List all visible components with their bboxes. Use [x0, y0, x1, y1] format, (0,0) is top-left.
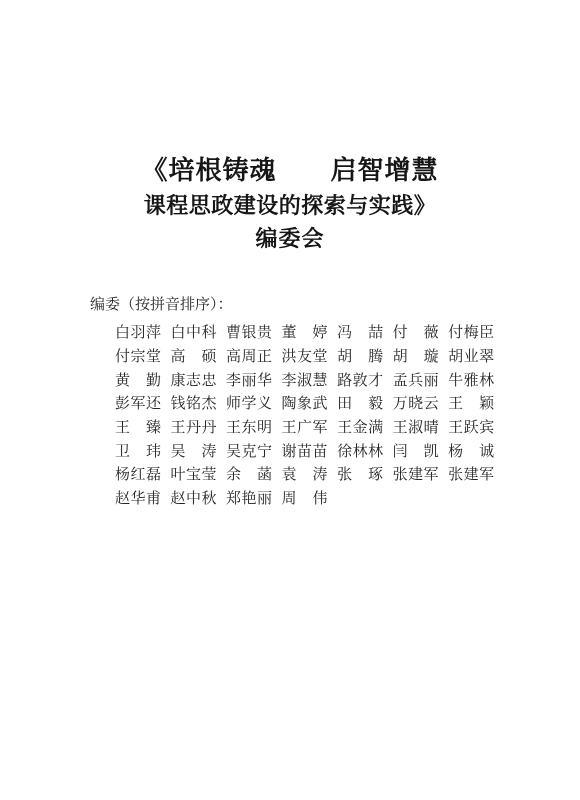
person-name: 付 薇: [393, 321, 440, 342]
person-name: 钱铭杰: [171, 392, 218, 413]
person-name: 李淑慧: [282, 369, 329, 390]
person-name: 袁 涛: [282, 463, 329, 484]
person-name: 董 婷: [282, 321, 329, 342]
person-name: 胡 腾: [337, 345, 384, 366]
roster-row: 付宗堂高 硕高周正洪友堂胡 腾胡 璇胡业翠: [115, 344, 495, 368]
person-name: 李丽华: [226, 369, 273, 390]
roster-row: 彭军还钱铭杰师学义陶象武田 毅万晓云王 颖: [115, 391, 495, 415]
roster-label: 编委（按拼音排序）：: [90, 295, 233, 315]
person-name: 叶宝莹: [171, 463, 218, 484]
person-name: 黄 勤: [115, 369, 162, 390]
person-name: 胡业翠: [448, 345, 495, 366]
person-name: 吴 涛: [171, 440, 218, 461]
person-name: 张 琢: [337, 463, 384, 484]
person-name: 高周正: [226, 345, 273, 366]
roster-rows: 白羽萍白中科曹银贵董 婷冯 喆付 薇付梅臣付宗堂高 硕高周正洪友堂胡 腾胡 璇胡…: [115, 320, 495, 510]
person-name: 牛雅林: [448, 369, 495, 390]
title-line-3: 编委会: [0, 226, 580, 252]
person-name: 王淑晴: [393, 416, 440, 437]
person-name: 胡 璇: [393, 345, 440, 366]
title-line-1: 《培根铸魂 启智增慧: [0, 156, 580, 186]
person-name: 谢苗苗: [282, 440, 329, 461]
person-name: 冯 喆: [337, 321, 384, 342]
person-name: 彭军还: [115, 392, 162, 413]
person-name: 曹银贵: [226, 321, 273, 342]
person-name: 赵华甫: [115, 487, 162, 508]
person-name: 洪友堂: [282, 345, 329, 366]
person-name: 周 伟: [282, 487, 329, 508]
person-name: 付梅臣: [448, 321, 495, 342]
book-page: 《培根铸魂 启智增慧 课程思政建设的探索与实践》 编委会 编委（按拼音排序）： …: [0, 0, 580, 800]
person-name: 赵中秋: [171, 487, 218, 508]
person-name: 杨 诚: [448, 440, 495, 461]
person-name: 张建军: [393, 463, 440, 484]
roster-row: 黄 勤康志忠李丽华李淑慧路敦才孟兵丽牛雅林: [115, 367, 495, 391]
roster-row: 白羽萍白中科曹银贵董 婷冯 喆付 薇付梅臣: [115, 320, 495, 344]
person-name: 杨红磊: [115, 463, 162, 484]
person-name: 陶象武: [282, 392, 329, 413]
person-name: 张建军: [448, 463, 495, 484]
person-name: 徐林林: [337, 440, 384, 461]
person-name: 王 颖: [448, 392, 495, 413]
person-name: 付宗堂: [115, 345, 162, 366]
person-name: 田 毅: [337, 392, 384, 413]
roster-row: 赵华甫赵中秋郑艳丽周 伟: [115, 486, 495, 510]
roster-row: 卫 玮吴 涛吴克宁谢苗苗徐林林闫 凯杨 诚: [115, 438, 495, 462]
person-name: 白羽萍: [115, 321, 162, 342]
person-name: 卫 玮: [115, 440, 162, 461]
person-name: 万晓云: [393, 392, 440, 413]
person-name: 王丹丹: [171, 416, 218, 437]
person-name: 吴克宁: [226, 440, 273, 461]
person-name: 王东明: [226, 416, 273, 437]
person-name: 高 硕: [171, 345, 218, 366]
person-name: 闫 凯: [393, 440, 440, 461]
person-name: 王 臻: [115, 416, 162, 437]
roster-row: 杨红磊叶宝莹余 菡袁 涛张 琢张建军张建军: [115, 462, 495, 486]
person-name: 王广军: [282, 416, 329, 437]
person-name: 王金满: [337, 416, 384, 437]
person-name: 王跃宾: [448, 416, 495, 437]
person-name: 路敦才: [337, 369, 384, 390]
person-name: 师学义: [226, 392, 273, 413]
title-line-2: 课程思政建设的探索与实践》: [0, 193, 580, 219]
committee-title: 《培根铸魂 启智增慧 课程思政建设的探索与实践》 编委会: [0, 156, 580, 252]
person-name: 余 菡: [226, 463, 273, 484]
person-name: 康志忠: [171, 369, 218, 390]
roster-row: 王 臻王丹丹王东明王广军王金满王淑晴王跃宾: [115, 415, 495, 439]
person-name: 孟兵丽: [393, 369, 440, 390]
person-name: 白中科: [171, 321, 218, 342]
person-name: 郑艳丽: [226, 487, 273, 508]
